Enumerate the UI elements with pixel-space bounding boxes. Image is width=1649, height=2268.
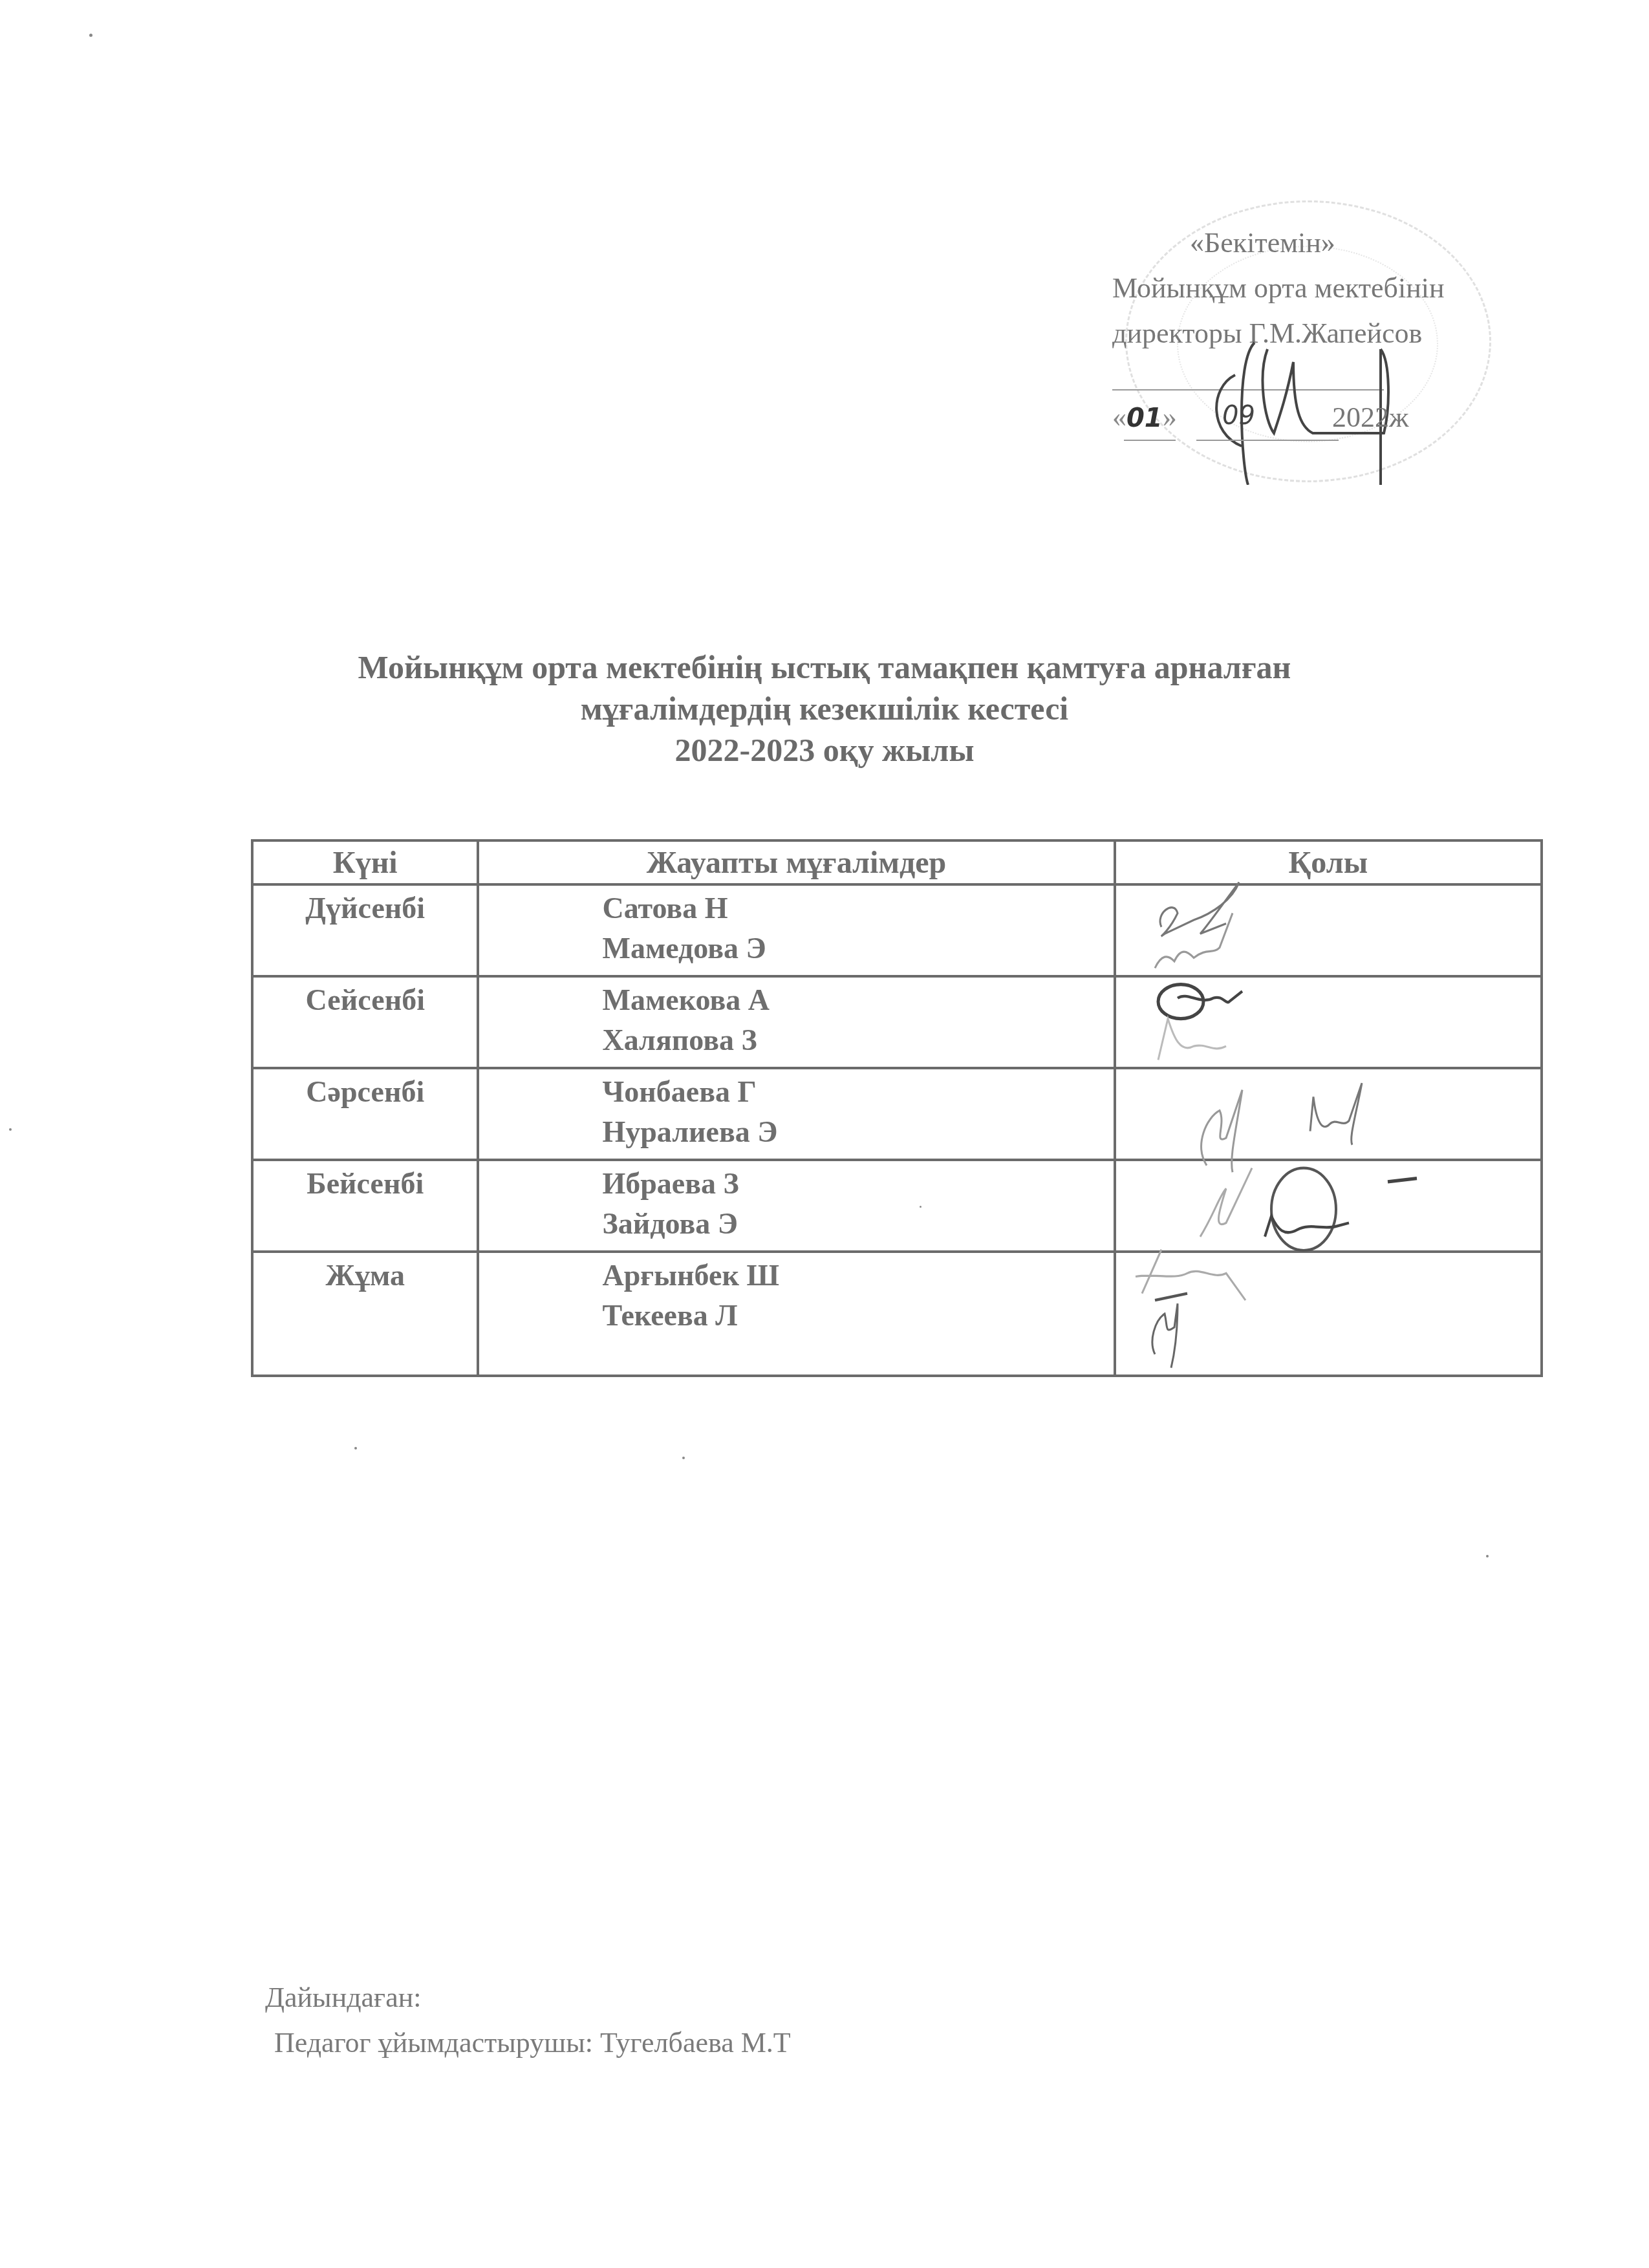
date-close-quote: » (1163, 401, 1177, 433)
table-row: Жұма Арғынбек Ш Текеева Л (252, 1252, 1542, 1376)
table-header-row: Күні Жауапты мұғалімдер Қолы (252, 840, 1542, 884)
teacher-name: Арғынбек Ш (602, 1256, 1113, 1296)
scan-speck (89, 34, 92, 37)
date-month: 09 (1222, 401, 1255, 431)
prepared-by-block: Дайындаған: Педагог ұйымдастырушы: Тугел… (265, 1975, 791, 2066)
row-signature (1115, 1068, 1542, 1160)
prepared-label: Дайындаған: (265, 1975, 791, 2020)
row-day: Жұма (252, 1252, 478, 1376)
table-row: Сейсенбі Мамекова А Халяпова З (252, 976, 1542, 1068)
teacher-name: Нуралиева Э (602, 1112, 1113, 1152)
title-line-3: 2022-2023 оқу жылы (259, 729, 1390, 771)
date-day: 01 (1126, 403, 1163, 433)
prepared-by-name: Педагог ұйымдастырушы: Тугелбаева М.Т (265, 2020, 791, 2066)
teacher-name: Ибраева З (602, 1164, 1113, 1204)
table-row: Сәрсенбі Чонбаева Г Нуралиева Э (252, 1068, 1542, 1160)
row-signature (1115, 884, 1542, 976)
header-day: Күні (252, 840, 478, 884)
duty-schedule-table: Күні Жауапты мұғалімдер Қолы Дүйсенбі Са… (251, 839, 1543, 1377)
handwritten-signature-icon (1116, 886, 1544, 975)
row-teachers: Сатова Н Мамедова Э (478, 884, 1114, 976)
scan-speck (682, 1457, 685, 1459)
teacher-name: Сатова Н (602, 888, 1113, 928)
table-row: Дүйсенбі Сатова Н Мамедова Э (252, 884, 1542, 976)
date-open-quote: « (1112, 401, 1126, 433)
header-teachers: Жауапты мұғалімдер (478, 840, 1114, 884)
row-teachers: Мамекова А Халяпова З (478, 976, 1114, 1068)
table-row: Бейсенбі Ибраева З Зайдова Э (252, 1160, 1542, 1252)
document-title: Мойынқұм орта мектебінің ыстық тамақпен … (259, 647, 1390, 771)
date-month-rule (1196, 440, 1339, 441)
header-signature: Қолы (1115, 840, 1542, 884)
scan-speck (1486, 1555, 1489, 1557)
scan-speck (9, 1128, 12, 1131)
row-day: Дүйсенбі (252, 884, 478, 976)
scan-speck (354, 1447, 357, 1450)
row-day: Сәрсенбі (252, 1068, 478, 1160)
row-day: Сейсенбі (252, 976, 478, 1068)
handwritten-signature-icon (1116, 1161, 1544, 1250)
teacher-name: Чонбаева Г (602, 1072, 1113, 1112)
approval-school: Мойынқұм орта мектебінін (1112, 272, 1444, 305)
teacher-name: Мамекова А (602, 980, 1113, 1020)
teacher-name: Зайдова Э (602, 1204, 1113, 1244)
teacher-name: Текеева Л (602, 1296, 1113, 1336)
date-day-rule (1124, 440, 1176, 441)
approval-block: «Бекітемін» Мойынқұм орта мектебінін дир… (1099, 226, 1526, 459)
row-teachers: Чонбаева Г Нуралиева Э (478, 1068, 1114, 1160)
date-year: 2022ж (1332, 401, 1408, 434)
row-signature (1115, 976, 1542, 1068)
title-line-1: Мойынқұм орта мектебінің ыстық тамақпен … (259, 647, 1390, 688)
row-teachers: Ибраева З Зайдова Э (478, 1160, 1114, 1252)
title-line-2: мұғалімдердің кезекшілік кестесі (259, 688, 1390, 729)
approval-date: «01» 09 2022ж (1112, 401, 1397, 434)
row-signature (1115, 1160, 1542, 1252)
handwritten-signature-icon (1116, 1253, 1544, 1375)
handwritten-signature-icon (1116, 978, 1544, 1067)
row-signature (1115, 1252, 1542, 1376)
teacher-name: Халяпова З (602, 1020, 1113, 1060)
row-day: Бейсенбі (252, 1160, 478, 1252)
row-teachers: Арғынбек Ш Текеева Л (478, 1252, 1114, 1376)
approval-heading: «Бекітемін» (1190, 226, 1335, 259)
handwritten-signature-icon (1116, 1069, 1544, 1159)
teacher-name: Мамедова Э (602, 928, 1113, 968)
